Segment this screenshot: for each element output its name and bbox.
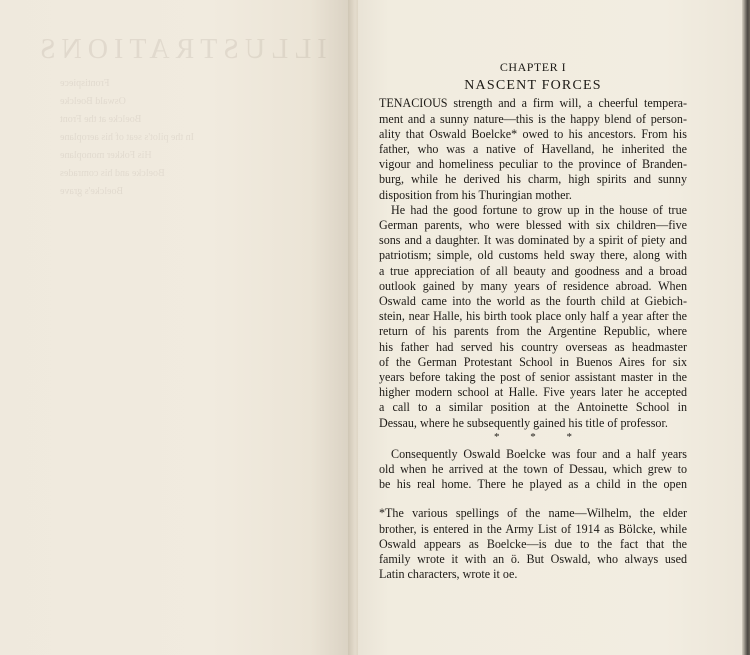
text-line: German parents, who were blessed with si… [379, 218, 687, 233]
text-line: a call to a similar position at the Anto… [379, 400, 687, 415]
text-line: ment and a sunny nature—this is the happ… [379, 112, 687, 127]
text-line: ality that Oswald Boelcke* owed to his a… [379, 127, 687, 142]
footnote-line: Latin characters, wrote it oe. [379, 567, 687, 582]
text-line: TENACIOUS strength and a firm will, a ch… [379, 96, 687, 111]
text-line: Consequently Oswald Boelcke was four and… [379, 447, 687, 462]
text-line: years before taking the post of senior a… [379, 370, 687, 385]
text-line: be his real home. There he played as a c… [379, 477, 687, 492]
show-through-title: ILLUSTRATIONS [34, 34, 327, 66]
text-line: return of his parents from the Argentine… [379, 324, 687, 339]
text-line: He had the good fortune to grow up in th… [379, 203, 687, 218]
text-line: a true appreciation of all beauty and go… [379, 264, 687, 279]
show-through-line: In the pilot's seat of his aeroplane [60, 132, 330, 143]
section-break: * * * [393, 431, 687, 443]
text-line: vigour and homeliness peculiar to the pr… [379, 157, 687, 172]
footnote-line: family wrote it with an ö. But Oswald, w… [379, 552, 687, 567]
text-line: burg, while he derived his charm, high s… [379, 172, 687, 187]
text-line: Oswald came into the world as the fourth… [379, 294, 687, 309]
text-line: stein, near Halle, his birth took place … [379, 309, 687, 324]
page-text: CHAPTER I NASCENT FORCES TENACIOUS stren… [379, 60, 687, 583]
show-through-line: Frontispiece [60, 78, 330, 89]
show-through-line: Oswald Boelcke [60, 96, 330, 107]
paragraph-1: TENACIOUS strength and a firm will, a ch… [379, 96, 687, 202]
show-through-line: His Fokker monoplane [60, 150, 330, 161]
text-line: of the German Protestant School in Bueno… [379, 355, 687, 370]
text-line: Dessau, where he subsequently gained his… [379, 416, 687, 431]
chapter-number: CHAPTER I [379, 60, 687, 75]
open-book-spread: ILLUSTRATIONS Frontispiece Oswald Boelck… [0, 0, 750, 655]
show-through-list: Frontispiece Oswald Boelcke Boelcke at t… [60, 78, 330, 204]
text-line: old when he arrived at the town of Dessa… [379, 462, 687, 477]
show-through-line: Boelcke and his comrades [60, 168, 330, 179]
text-line: sons and a daughter. It was dominated by… [379, 233, 687, 248]
text-line: outlook gained by many years of residenc… [379, 279, 687, 294]
footnote-line: Oswald appears as Boelcke—is due to the … [379, 537, 687, 552]
page-edge-shadow [742, 0, 750, 655]
text-line: father, who was a native of Havelland, h… [379, 142, 687, 157]
paragraph-3: Consequently Oswald Boelcke was four and… [379, 447, 687, 493]
paragraph-2: He had the good fortune to grow up in th… [379, 203, 687, 431]
footnote: *The various spellings of the name—Wilhe… [379, 506, 687, 582]
footnote-line: *The various spellings of the name—Wilhe… [379, 506, 687, 521]
left-page: ILLUSTRATIONS Frontispiece Oswald Boelck… [0, 0, 352, 655]
show-through-line: Boelcke's grave [60, 186, 330, 197]
text-line: higher modern school at Halle. Five year… [379, 385, 687, 400]
chapter-title: NASCENT FORCES [379, 78, 687, 93]
text-line: disposition from his Thuringian mother. [379, 188, 687, 203]
show-through-line: Boelcke at the Front [60, 114, 330, 125]
text-line: patriotism; simple, old customs held swa… [379, 248, 687, 263]
text-line: his father had served his country overse… [379, 340, 687, 355]
right-page: CHAPTER I NASCENT FORCES TENACIOUS stren… [358, 0, 742, 655]
footnote-line: brother, is entered in the Army List of … [379, 522, 687, 537]
